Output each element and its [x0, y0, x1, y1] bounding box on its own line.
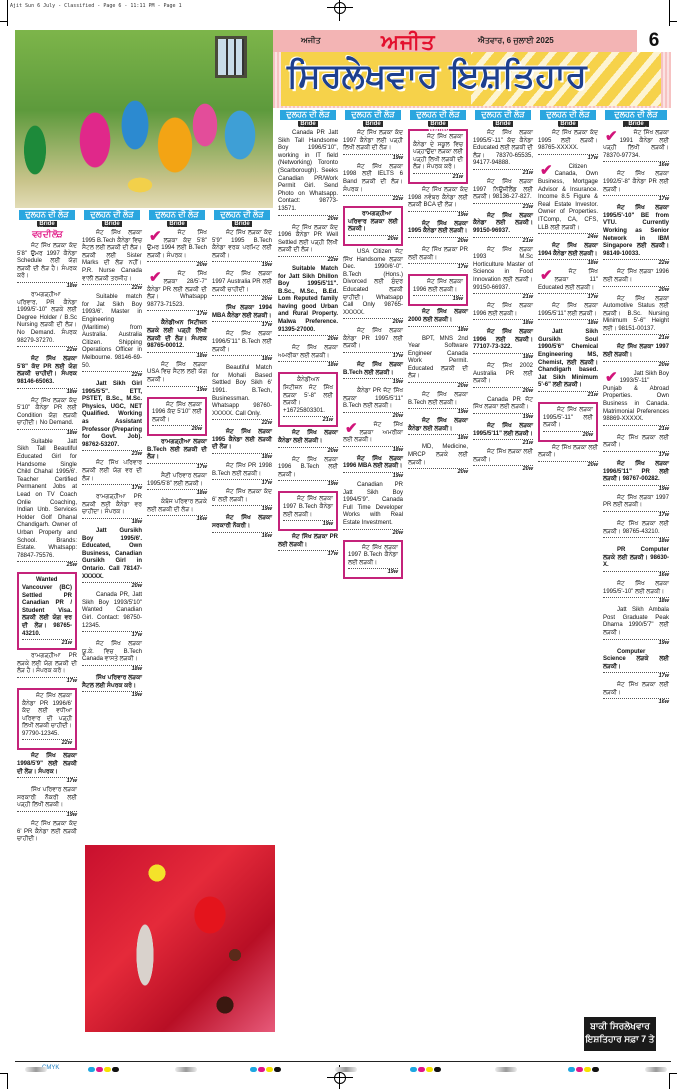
classified-ad: ਜੱਟ ਸਿੱਖ ਲੜਕਾ B.Tech ਲਈ ਲੜਕੀ।19w [343, 361, 403, 387]
classified-ad: ਜੱਟ ਸਿੱਖ ਲੜਕਾ ਅਮਰੀਕਾ ਲਈ ਲੜਕੀ।18w [278, 344, 338, 370]
classified-ad: ਸਿੱਖ ਪਰਿਵਾਰ ਲੜਕਾ ਸਰਕਾਰੀ ਨੌਕਰੀ ਲਈ ਪੜ੍ਹੀ ਲ… [17, 786, 77, 820]
classified-ad: ਜੱਟ ਸਿੱਖ ਲੜਕਾ 1996 ਲਈ ਲੜਕੀ।19w [408, 274, 468, 306]
classified-ad: ਜੱਟ ਸਿੱਖ ਲੜਕਾ 5'8" ਕੱਦ PR ਲਈ ਯੋਗ ਲੜਕੀ ਚਾ… [17, 355, 77, 396]
ad-text: ਜੱਟ ਸਿੱਖ ਲੜਕਾ ਕੈਨੇਡਾ ਲਈ ਲੜਕੀ। [278, 430, 338, 444]
ad-word-count: 17w [603, 672, 669, 680]
classified-ad: ਜੱਟ ਸਿੱਖ ਲੜਕਾ USA ਵਿਚ ਸੈਟਲ ਲਈ ਯੋਗ ਲੜਕੀ।1… [147, 361, 207, 395]
masthead-small-label: ਅਜੀਤ [301, 36, 321, 46]
classified-ad: ਜੱਟ ਸਿੱਖ ਲੜਕਾ 1995 ਕੈਨੇਡਾ ਲਈ ਲੜਕੀ ਦੀ ਲੋੜ… [212, 428, 272, 462]
ad-word-count: 17w [17, 777, 77, 785]
ad-text: ਜੱਟ ਸਿੱਖ ਲੜਕਾ ਕੱਦ 1995 ਲਈ ਲੜਕੀ। 98765-XX… [538, 130, 598, 151]
classified-ad: ਜੱਟ ਸਿੱਖ ਲੜਕਾ Automotive Status ਲਈ ਲੜਕੀ।… [603, 295, 669, 344]
ad-word-count: 22w [22, 739, 72, 747]
classified-ad: ਜੱਟ ਸਿੱਖ ਲੜਕਾ 1996/5'11" B.Tech ਲਈ ਲੜਕੀ।… [212, 330, 272, 364]
masthead: ਅਜੀਤ ਅਜੀਤ ਐਤਵਾਰ, 6 ਜੁਲਾਈ 2025 6 ਸਿਰਲੇਖਵਾ… [273, 30, 671, 108]
ad-list: ਜੱਟ ਸਿੱਖ ਲੜਕਾ ਕੈਨੇਡਾ ਦੇ ਸਕੂਲ ਵਿਚ ਪੜ੍ਹਾਉਂ… [406, 129, 470, 477]
ad-word-count: 16w [147, 515, 207, 523]
ad-text: ਜੱਟ ਸਿੱਖ ਲੜਕਾ 1995/5'11" ਲਈ ਲੜਕੀ। [473, 423, 533, 437]
classified-ad: ਜੱਟ ਸਿੱਖ ਲੜਕਾ ਕੈਨੇਡਾ ਲਈ ਲੜਕੀ। 99150-9693… [473, 212, 533, 246]
ad-word-count: 16w [603, 698, 669, 706]
ad-word-count: 18w [603, 597, 669, 605]
classified-ad: ਜੱਟ ਸਿੱਖ ਲੜਕਾ 1995/5'-10" BE from VTU. C… [603, 204, 669, 268]
ad-word-count: 18w [17, 388, 77, 396]
ad-text: ਜੱਟ ਸਿੱਖ ਲੜਕਾ B.Tech ਲਈ ਲੜਕੀ। [343, 362, 403, 376]
column-header-subtitle: Bride Wanted [623, 121, 649, 127]
ad-text: ਕੈਨੇਡਾ PR ਜੱਟ ਸਿੱਖ ਲੜਕਾ 1995/5'11" B.Tec… [343, 388, 403, 409]
classified-ad: Canada PR ਜੱਟ ਸਿੱਖ ਲੜਕਾ ਲਈ ਲੜਕੀ।19w [473, 396, 533, 422]
classified-ad: Jatt Sikh Gursikh Soul 1990/5'6" Chemica… [538, 328, 598, 400]
ad-word-count: 20w [147, 261, 207, 269]
ad-text: ਰਾਮਗੜ੍ਹੀਆ PR ਲੜਕੀ ਲਈ ਕੈਨੇਡਾ ਵਰ ਚਾਹੀਦਾ। ਸ… [82, 494, 142, 515]
column-header-title: ਦੁਲਹਨ ਦੀ ਲੋੜ [280, 110, 336, 120]
classified-column: ਦੁਲਹਨ ਦੀ ਲੋੜBride WantedCanada PR Jatt S… [276, 110, 340, 1032]
cmyk-swatches [410, 1067, 441, 1072]
ad-word-count: 21w [473, 293, 533, 301]
ad-word-count: 20w [348, 235, 398, 243]
ad-word-count: 17w [17, 677, 77, 685]
ad-word-count: 21w [603, 334, 669, 342]
ad-text: BPT, MNS 2nd Year Software Engineer Cana… [408, 336, 468, 380]
ad-word-count: 19w [147, 386, 207, 394]
classified-column: ਦੁਲਹਨ ਦੀ ਲੋੜBride Wantedਵਰ ਦੀ ਲੋੜਜੱਟ ਸਿੱ… [15, 210, 79, 845]
classified-ad: ✔ਜੱਟ ਸਿੱਖ ਲੜਕਾ 28/5'-7" ਕੈਨੇਡਾ PR ਲਈ ਲੜਕ… [147, 270, 207, 319]
checkmark-icon: ✔ [601, 371, 618, 385]
ad-text: ਜੱਟ ਸਿੱਖ ਲੜਕਾ 1995/5'-10" ਲਈ ਲੜਕੀ। [603, 581, 669, 595]
classified-ad: ਜੱਟ ਸਿੱਖ ਲੜਕਾ ਕੱਦ 5'10" ਕੈਨੇਡਾ PR ਲਈ Con… [17, 397, 77, 438]
ad-text: ਜੱਟ ਸਿੱਖ ਲੜਕਾ ਕੱਦ 1996 ਕੈਨੇਡਾ PR Well Se… [278, 225, 338, 254]
ad-text: ਜੱਟ ਸਿੱਖ ਲੜਕਾ ਕੈਨੇਡਾ ਦੇ ਸਕੂਲ ਵਿਚ ਪੜ੍ਹਾਉਂ… [413, 134, 463, 170]
classified-ad: Jatt Gursikh Boy 1995/6'. Educated, Own … [82, 527, 142, 591]
ad-text: ਜੱਟ ਸਿੱਖ ਲੜਕਾ 1996 ਲਈ ਲੜਕੀ। 77107-73-322… [473, 329, 533, 350]
ad-text: ਜੱਟ ਸਿੱਖ ਲੜਕਾ ਕੱਦ 6' PR ਕੈਨੇਡਾ ਲਈ ਲੜਕੀ ਚ… [17, 821, 77, 842]
cmyk-swatches [88, 1067, 119, 1072]
bridal-accessories-photo [85, 845, 275, 1032]
column-header-title: ਦੁਲਹਨ ਦੀ ਲੋੜ [19, 210, 75, 220]
classified-ad: ✔ਜੱਟ ਸਿੱਖ ਲੜਕਾ 11" Educated ਲਈ ਲੜਕੀ।17w [538, 268, 598, 302]
ad-word-count: 22w [82, 284, 142, 292]
ad-word-count: 22w [603, 259, 669, 267]
ad-word-count: 20w [82, 582, 142, 590]
ad-word-count: 16w [603, 161, 669, 169]
ad-text: ਜੱਟ ਸਿੱਖ ਲੜਕਾ 1997 B.Tech ਕੈਨੇਡਾ ਲਈ ਲੜਕੀ… [283, 496, 333, 517]
classified-ad: ਜੱਟ ਸਿੱਖ ਲੜਕਾ ਕੈਨੇਡਾ PR 1996/6' ਕੱਦ ਲਈ ਵ… [17, 688, 77, 751]
ad-list: ਜੱਟ ਸਿੱਖ ਲੜਕਾ 1995 B.Tech ਕੈਨੇਡਾ ਵਿਚ ਸੈਟ… [80, 229, 144, 700]
ad-word-count: 20w [408, 468, 468, 476]
print-slug: Ajit Sun 6 July - Classified - Page 6 - … [10, 3, 182, 9]
ad-text: ਜੱਟ ਸਿੱਖ ਲੜਕਾ 1996 ਲਈ ਲੜਕੀ। [603, 269, 669, 283]
classified-ad: ਜੱਟ ਸਿੱਖ ਲੜਕਾ 1996 ਲਈ ਲੜਕੀ।18w [473, 302, 533, 328]
ad-text: ਰਾਮਗੜ੍ਹੀਆ ਲੜਕਾ B.Tech ਲਈ ਲੜਕੀ ਦੀ ਲੋੜ। [147, 439, 207, 460]
ad-text: ਜੱਟ ਸਿੱਖ ਲੜਕਾ 2000 ਲਈ ਲੜਕੀ। [408, 309, 468, 323]
ad-word-count: 17w [538, 293, 598, 301]
ad-word-count: 19w [413, 295, 463, 303]
ad-word-count: 20w [152, 425, 202, 433]
classified-ad: ਜੱਟ ਸਿੱਖ 2002 Australia PR ਲਈ ਲੜਕੀ।20w [473, 362, 533, 396]
ad-word-count: 20w [343, 412, 403, 420]
classified-ad: ✔Citizen Canada, Own Business, Mortgage … [538, 163, 598, 242]
ad-word-count: 19w [212, 505, 272, 513]
ad-text: ਜੱਟ ਸਿੱਖ PR 1998 B.Tech ਲਈ ਲੜਕੀ। [212, 463, 272, 477]
ad-text: ਜੱਟ ਸਿੱਖ ਲੜਕਾ 1995 ਕੈਨੇਡਾ ਲਈ ਲੜਕੀ। [408, 221, 468, 235]
ad-text: ਜੱਟ ਸਿੱਖ ਲੜਕਾ ਲਈ ਲੜਕੀ। [538, 445, 598, 459]
ad-text: Jatt Gursikh Boy 1995/6'. Educated, Own … [82, 528, 142, 580]
ad-word-count: 19w [603, 485, 669, 493]
ad-text: ਜੱਟ ਸਿੱਖ ਲੜਕਾ 1997 Australia PR ਲਈ ਲੜਕੀ … [212, 271, 272, 292]
ad-text: ਜੱਟ ਸਿੱਖ ਲੜਕਾ 1995/5'11" ਲਈ ਲੜਕੀ। [538, 303, 598, 317]
classified-ad: Jatt Sikh Girl 1995/5'5". ETT, PSTET, B.… [82, 380, 142, 459]
checkmark-icon: ✔ [536, 269, 553, 283]
classified-ad: Suitable Jatt Sikh Tall Beautiful Educat… [17, 438, 77, 571]
cmyk-swatches [250, 1067, 281, 1072]
classified-ad: ਜੱਟ ਸਿੱਖ ਲੜਕਾ 1997 PR ਲਈ ਲੜਕੀ।17w [603, 494, 669, 520]
column-header-title: ਦੁਲਹਨ ਦੀ ਲੋੜ [345, 110, 401, 120]
registration-mark-top [327, 0, 353, 21]
classified-ad: ਜੱਟ ਸਿੱਖ ਲੜਕਾ ਯੂ.ਕੇ. ਵਿਚ B.Tech Canada ਵ… [82, 640, 142, 674]
section-title: ਸਿਰਲੇਖਵਾਰ ਇਸ਼ਤਿਹਾਰ [287, 56, 587, 96]
classified-column: ਦੁਲਹਨ ਦੀ ਲੋੜBride Wantedਜੱਟ ਸਿੱਖ ਲੜਕਾ ਕੈ… [406, 110, 470, 1032]
classified-ad: ਰਾਮਗੜ੍ਹੀਆ ਲੜਕਾ B.Tech ਲਈ ਲੜਕੀ ਦੀ ਲੋੜ।17w [147, 438, 207, 472]
crop-mark [669, 21, 677, 22]
ad-text: ਜੱਟ ਸਿੱਖ ਲੜਕਾ 1995/5'-10" BE from VTU. C… [603, 205, 669, 257]
ad-text: ਰਾਮਗੜ੍ਹੀਆ ਪਰਿਵਾਰ, PR ਕੈਨੇਡਾ 1999/5'-10" … [17, 292, 77, 344]
ad-text: ਜੱਟ ਸਿੱਖ ਲੜਕਾ ਕੱਦ 1998 ਨਵੰਬਰ ਕੈਨੇਡਾ ਲਈ ਲ… [408, 187, 468, 208]
ad-text: ਸਿੱਖ ਪਰਿਵਾਰ ਲੜਕਾ ਸੈਟਲ ਲਈ ਸੰਪਰਕ ਕਰੋ। [82, 675, 142, 689]
ad-word-count: 25w [17, 561, 77, 569]
page-number: 6 [637, 30, 671, 52]
classified-column: ਦੁਲਹਨ ਦੀ ਲੋੜBride Wanted✔ਜੱਟ ਸਿੱਖ ਲੜਕਾ ਕ… [145, 210, 209, 845]
ad-word-count: 20w [212, 295, 272, 303]
ad-word-count: 18w [17, 282, 77, 290]
ad-word-count: 17w [343, 352, 403, 360]
classified-ad: ਜੱਟ ਸਿੱਖ ਲੜਕਾ 1995/5'11" ਲਈ ਲੜਕੀ।21w [473, 422, 533, 448]
ad-word-count: 19w [212, 261, 272, 269]
classified-ad: ✔ਜੱਟ ਸਿੱਖ ਲੜਕਾ ਅਮਰੀਕਾ ਲਈ ਲੜਕੀ।18w [343, 421, 403, 455]
ad-word-count: 19w [473, 413, 533, 421]
classified-ad: ਜੱਟ ਸਿੱਖ ਲੜਕਾ ਕੱਦ 5'8" ਉਮਰ 1997 ਕੈਨੇਡਾ S… [17, 242, 77, 291]
column-header-subtitle: Bride Wanted [298, 121, 318, 127]
ad-text: USA Citizen ਜੱਟ ਸਿੱਖ Handsome ਲੜਕਾ Dec. … [343, 249, 403, 316]
classified-column: ਦੁਲਹਨ ਦੀ ਲੋੜBride Wanted✔ਜੱਟ ਸਿੱਖ ਲੜਕਾ 1… [601, 110, 671, 1032]
ad-word-count: 19w [343, 154, 403, 162]
classified-ad: ਰਾਮਗੜ੍ਹੀਆ ਪਰਿਵਾਰ, PR ਕੈਨੇਡਾ 1999/5'-10" … [17, 291, 77, 355]
ad-word-count: 18w [408, 326, 468, 334]
classified-column: ਦੁਲਹਨ ਦੀ ਲੋੜBride Wantedਜੱਟ ਸਿੱਖ ਲੜਕਾ ਕੱ… [536, 110, 600, 1032]
ad-text: ਜੱਟ ਸਿੱਖ ਲੜਕਾ PR ਲਈ ਲੜਕੀ। [408, 247, 468, 261]
ad-word-count: 18w [17, 429, 77, 437]
classified-column: ਦੁਲਹਨ ਦੀ ਲੋੜBride Wantedਜੱਟ ਸਿੱਖ ਲੜਕਾ 19… [471, 110, 535, 1032]
classified-ad: ਜੱਟ ਸਿੱਖ ਲੜਕਾ ਕੈਨੇਡਾ ਦੇ ਸਕੂਲ ਵਿਚ ਪੜ੍ਹਾਉਂ… [408, 129, 468, 184]
ad-list: Canada PR Jatt Sikh Tall Handsome Boy 19… [276, 129, 340, 559]
ad-word-count: 21w [22, 639, 72, 647]
ad-text: ਜੱਟ ਸਿੱਖ ਲੜਕਾ Automotive Status ਲਈ ਲੜਕੀ।… [603, 296, 669, 332]
ad-text: Canadian PR Jatt Sikh Boy 1994/5'9". Can… [343, 482, 403, 526]
ad-text: ਜੱਟ ਸਿੱਖ ਲੜਕਾ ਕੱਦ 6' ਲਈ ਲੜਕੀ। [212, 489, 272, 503]
classified-column: ਦੁਲਹਨ ਦੀ ਲੋੜBride Wantedਜੱਟ ਸਿੱਖ ਲੜਕਾ 19… [80, 210, 144, 845]
ad-word-count: 18w [603, 537, 669, 545]
gray-bar [645, 1067, 667, 1072]
ad-text: ਰਾਮਗੜ੍ਹੀਆ ਪਰਿਵਾਰ ਲੜਕਾ ਲਈ ਲੜਕੀ। [348, 211, 398, 232]
classified-ad: ਕੈਨੇਡੀਅਨ ਸਿਟੀਜ਼ਨ ਜੱਟ ਸਿੱਖ ਲੜਕਾ 5'-8" ਲਈ … [278, 372, 338, 427]
column-header-title: ਦੁਲਹਨ ਦੀ ਲੋੜ [214, 210, 270, 220]
classified-ad: ਜੱਟ ਸਿੱਖ ਲੜਕਾ 1997 B.Tech ਕੈਨੇਡਾ ਲਈ ਲੜਕੀ… [343, 540, 403, 580]
ad-word-count: 18w [212, 355, 272, 363]
ad-text: ਜੱਟ ਸਿੱਖ ਲੜਕਾ B.Tech ਲਈ ਲੜਕੀ। [408, 392, 468, 406]
classified-ad: ਜੱਟ ਸਿੱਖ ਲੜਕਾ 1996 ਲਈ ਲੜਕੀ।20w [603, 268, 669, 294]
classified-ad: PR Computer ਲੜਕੇ ਲਈ ਲੜਕੀ। 98630-X.16w [603, 546, 669, 580]
ad-text: ਜੱਟ ਸਿੱਖ ਲੜਕਾ PR ਲਈ ਲੜਕੀ। [278, 534, 338, 548]
section-title-band: ਸਿਰਲੇਖਵਾਰ ਇਸ਼ਤਿਹਾਰ [281, 52, 661, 106]
ad-word-count: 18w [82, 518, 142, 526]
ad-text: ਜੱਟ ਸਿੱਖ ਲੜਕਾ ਲਈ ਲੜਕੀ। 98765-43210. [603, 521, 669, 535]
ad-list: ਜੱਟ ਸਿੱਖ ਲੜਕਾ ਕੱਦ 1995 ਲਈ ਲੜਕੀ। 98765-XX… [536, 129, 600, 470]
ad-word-count: 19w [17, 811, 77, 819]
classified-ad: ਕੈਨੇਡਾ PR ਜੱਟ ਸਿੱਖ ਲੜਕਾ 1995/5'11" B.Tec… [343, 387, 403, 421]
ad-word-count: 20w [543, 431, 593, 439]
ad-word-count: 19w [343, 472, 403, 480]
ad-text: ਜੱਟ ਸਿੱਖ ਲੜਕਾ 1996/5'11" B.Tech ਲਈ ਲੜਕੀ। [212, 331, 272, 352]
ad-word-count: 21w [473, 439, 533, 447]
ad-text: ਜੱਟ ਸਿੱਖ ਲੜਕਾ 1995/5'-11" ਲਈ ਲੜਕੀ। [543, 407, 593, 428]
column-header-subtitle: Bride Wanted [37, 221, 57, 227]
ad-word-count: 19w [283, 520, 333, 528]
ad-text: ਜੱਟ ਸਿੱਖ ਲੜਕਾ ਕੈਨੇਡਾ PR 1996/6' ਕੱਦ ਲਈ ਵ… [22, 693, 72, 737]
classified-ad: ਜੱਟ ਸਿੱਖ ਲੜਕਾ 1996 ਲਈ ਲੜਕੀ। 77107-73-322… [473, 328, 533, 362]
classified-ad: ਕੰਬੋਜ ਪਰਿਵਾਰ ਲੜਕੇ ਲਈ ਲੜਕੀ ਦੀ ਲੋੜ।16w [147, 498, 207, 524]
gray-bar [25, 1067, 47, 1072]
ad-text: ਜੱਟ ਸਿੱਖ ਲੜਕਾ USA ਵਿਚ ਸੈਟਲ ਲਈ ਯੋਗ ਲੜਕੀ। [147, 362, 207, 383]
ad-word-count: 17w [82, 631, 142, 639]
ad-word-count: 20w [278, 335, 338, 343]
ad-text: ਜੱਟ ਸਿੱਖ ਲੜਕਾ 1997 PR ਲਈ ਲੜਕੀ। [603, 495, 669, 509]
ad-text: ਸਿੱਖ ਲੜਕਾ 1994 MBA ਕੈਨੇਡਾ ਲਈ ਲੜਕੀ। [212, 305, 272, 319]
ad-word-count: 21w [473, 237, 533, 245]
classified-ad: Jatt Sikh Ambala Post Graduate Peak Dhar… [603, 606, 669, 647]
classified-ad: ਜੱਟ ਸਿੱਖ ਲੜਕਾ 1995/5'-11" ਕੱਦ ਕੈਨੇਡਾ Edu… [473, 129, 533, 178]
ad-text: ਕੰਬੋਜ ਪਰਿਵਾਰ ਲੜਕੇ ਲਈ ਲੜਕੀ ਦੀ ਲੋੜ। [147, 499, 207, 513]
ad-word-count: 19w [82, 691, 142, 699]
crop-mark [669, 1073, 670, 1089]
ad-text: ਜੱਟ ਸਿੱਖ ਲੜਕਾ 1995 B.Tech ਕੈਨੇਡਾ ਵਿਚ ਸੈਟ… [82, 230, 142, 282]
issue-date: ਐਤਵਾਰ, 6 ਜੁਲਾਈ 2025 [478, 36, 554, 46]
column-header-title: ਦੁਲਹਨ ਦੀ ਲੋੜ [84, 210, 140, 220]
ad-text: ਜੱਟ ਸਿੱਖ ਲੜਕਾ ਕੱਦ 5'8" ਉਮਰ 1997 ਕੈਨੇਡਾ S… [17, 243, 77, 279]
ad-text: ਜੱਟ ਸਿੱਖ ਲੜਕਾ ਕੱਦ 1997 ਕੈਨੇਡਾ ਲਈ ਪੜ੍ਹੀ ਲ… [343, 130, 403, 151]
hero-illustration-women-gathering [15, 30, 273, 208]
ad-word-count: 22w [17, 346, 77, 354]
classified-ad: ✔ਜੱਟ ਸਿੱਖ ਲੜਕਾ ਕੱਦ 5'8" ਉਮਰ 1994 ਲਈ B.Te… [147, 229, 207, 270]
ad-text: ਜੱਟ ਸਿੱਖ ਲੜਕਾ ਅਮਰੀਕਾ ਲਈ ਲੜਕੀ। [278, 345, 338, 359]
ad-text: ਜੱਟ ਸਿੱਖ ਲੜਕਾ 1993 M.Sc Horticulture Mas… [473, 247, 533, 291]
ad-text: Suitable Jatt Sikh Tall Beautiful Educat… [17, 439, 77, 559]
classified-ad: ਜੱਟ ਸਿੱਖ ਲੜਕਾ 2000 ਲਈ ਲੜਕੀ।18w [408, 308, 468, 334]
classified-ad: ਜੱਟ ਸਿੱਖ ਲੜਕਾ ਕੱਦ 1996 ਕੈਨੇਡਾ PR Well Se… [278, 224, 338, 265]
crop-mark [0, 21, 8, 22]
crop-mark [7, 0, 8, 26]
ad-text: ਜੱਟ ਸਿੱਖ ਲੜਕਾ 1996 ਲਈ ਲੜਕੀ। [413, 279, 463, 293]
classified-column: ਦੁਲਹਨ ਦੀ ਲੋੜBride Wantedਜੱਟ ਸਿੱਖ ਲੜਕਾ ਕੱ… [341, 110, 405, 1032]
section-marker-ornament: ਵਰ ਦੀ ਲੋੜ [17, 229, 77, 240]
ad-word-count: 21w [603, 425, 669, 433]
classified-ad: ਜੱਟ ਸਿੱਖ ਲੜਕਾ ਲਈ ਲੜਕੀ।16w [603, 681, 669, 707]
classified-column: ਦੁਲਹਨ ਦੀ ਲੋੜBride Wantedਜੱਟ ਸਿੱਖ ਲੜਕਾ ਕੱ… [210, 210, 274, 845]
ad-text: Computer Science ਲੜਕੇ ਲਈ ਲੜਕੀ। [603, 649, 669, 670]
ad-text: Canada PR ਜੱਟ ਸਿੱਖ ਲੜਕਾ ਲਈ ਲੜਕੀ। [473, 397, 533, 411]
ad-text: ਸੈਣੀ ਪਰਿਵਾਰ ਲੜਕਾ 1995/5'8" ਲਈ ਲੜਕੀ। [147, 473, 207, 487]
ad-word-count: 20w [473, 387, 533, 395]
ad-text: ਸਿੱਖ ਪਰਿਵਾਰ ਲੜਕਾ ਸਰਕਾਰੀ ਨੌਕਰੀ ਲਈ ਪੜ੍ਹੀ ਲ… [17, 787, 77, 808]
ad-word-count: 18w [343, 446, 403, 454]
ad-text: Suitable Match for Jatt Sikh Dhillon Boy… [278, 266, 338, 333]
ad-word-count: 24w [538, 233, 598, 241]
classified-ad: ਜੱਟ ਸਿੱਖ ਲੜਕਾ 1996 B.Tech ਲਈ ਲੜਕੀ।19w [278, 456, 338, 490]
ad-text: Jatt Sikh Girl 1995/5'5". ETT, PSTET, B.… [82, 381, 142, 448]
ad-list: ਜੱਟ ਸਿੱਖ ਲੜਕਾ 1995/5'-11" ਕੱਦ ਕੈਨੇਡਾ Edu… [471, 129, 535, 474]
ad-text: ਜੱਟ ਸਿੱਖ ਲੜਕਾ 5'8" ਕੱਦ PR ਲਈ ਯੋਗ ਲੜਕੀ ਚਾ… [17, 356, 77, 385]
classified-ad: ਜੱਟ ਸਿੱਖ ਪਰਿਵਾਰ ਲੜਕੀ ਲਈ ਯੋਗ ਵਰ ਦੀ ਲੋੜ।17… [82, 459, 142, 493]
crop-mark [669, 0, 670, 26]
ad-word-count: 18w [147, 489, 207, 497]
classified-ad: ਜੱਟ ਸਿੱਖ ਲੜਕਾ ਲਈ ਲੜਕੀ।20w [473, 448, 533, 474]
ad-word-count: 20w [278, 447, 338, 455]
ad-text: PR Computer ਲੜਕੇ ਲਈ ਲੜਕੀ। 98630-X. [603, 547, 669, 568]
classified-ad: ਜੱਟ ਸਿੱਖ ਲੜਕਾ B.Tech ਲਈ ਲੜਕੀ।19w [408, 391, 468, 417]
ad-text: ਕੈਨੇਡੀਅਨ ਸਿਟੀਜ਼ਨ ਲੜਕੇ ਲਈ ਪੜ੍ਹੀ ਲਿਖੀ ਲੜਕੀ… [147, 320, 207, 349]
checkmark-icon: ✔ [536, 164, 553, 178]
classified-ad: BPT, MNS 2nd Year Software Engineer Cana… [408, 335, 468, 392]
ad-text: ਜੱਟ ਸਿੱਖ ਲੜਕਾ ਸਰਕਾਰੀ ਨੌਕਰੀ। [212, 515, 272, 529]
classified-ad: ਰਾਮਗੜ੍ਹੀਆ PR ਲੜਕੀ ਲਈ ਕੈਨੇਡਾ ਵਰ ਚਾਹੀਦਾ। ਸ… [82, 493, 142, 527]
ad-text: Jatt Sikh Gursikh Soul 1990/5'6" Chemica… [538, 329, 598, 388]
checkmark-icon: ✔ [145, 271, 162, 285]
ad-list: ਜੱਟ ਸਿੱਖ ਲੜਕਾ ਕੱਦ 5'9" 1995 B.Tech ਕੈਨੇਡ… [210, 229, 274, 541]
ad-word-count: 18w [147, 352, 207, 360]
classified-ad: ਜੱਟ ਸਿੱਖ ਲੜਕਾ 1997 B.Tech ਕੈਨੇਡਾ ਲਈ ਲੜਕੀ… [278, 491, 338, 531]
column-header-subtitle: Bride Wanted [102, 221, 122, 227]
classified-ad: ਜੱਟ ਸਿੱਖ ਲੜਕਾ ਕੱਦ 1998 ਨਵੰਬਰ ਕੈਨੇਡਾ ਲਈ ਲ… [408, 186, 468, 220]
ad-word-count: 20w [473, 465, 533, 473]
classified-ad: Canada PR Jatt Sikh Tall Handsome Boy 19… [278, 129, 338, 224]
ad-word-count: 23w [82, 450, 142, 458]
classified-ad: ਜੱਟ ਸਿੱਖ ਲੜਕਾ ਕੈਨੇਡਾ ਲਈ ਲੜਕੀ।20w [278, 429, 338, 455]
ad-list: ✔ਜੱਟ ਸਿੱਖ ਲੜਕਾ ਕੱਦ 5'8" ਉਮਰ 1994 ਲਈ B.Te… [145, 229, 209, 524]
classified-ad: ਜੱਟ ਸਿੱਖ ਲੜਕਾ ਲਈ ਲੜਕੀ।20w [538, 444, 598, 470]
continued-on-page-7-notice: ਬਾਕੀ ਸਿਰਲੇਖਵਾਰ ਇਸ਼ਤਿਹਾਰ ਸਫ਼ਾ 7 ਤੇ [584, 1017, 656, 1051]
classified-ad: ਸਿੱਖ ਪਰਿਵਾਰ ਲੜਕਾ ਸੈਟਲ ਲਈ ਸੰਪਰਕ ਕਰੋ।19w [82, 674, 142, 700]
ad-text: ਜੱਟ ਸਿੱਖ ਲੜਕਾ ਲਈ ਲੜਕੀ। [603, 435, 669, 449]
classified-ad: ਰਾਮਗੜ੍ਹੀਆ PR ਲੜਕੇ ਲਈ ਯੋਗ ਲੜਕੀ ਦੀ ਲੋੜ ਹੈ।… [17, 652, 77, 686]
ad-text: ਜੱਟ ਸਿੱਖ ਲੜਕਾ 1995 ਕੈਨੇਡਾ ਲਈ ਲੜਕੀ ਦੀ ਲੋੜ… [212, 429, 272, 450]
ad-word-count: 21w [473, 169, 533, 177]
ad-word-count: 18w [473, 353, 533, 361]
ad-word-count: 19w [408, 211, 468, 219]
classified-ad: Wanted Vancouver (BC) Settled PR Canadia… [17, 572, 77, 650]
ad-text: ਜੱਟ ਸਿੱਖ ਲੜਕਾ 1997 B.Tech ਕੈਨੇਡਾ ਲਈ ਲੜਕੀ… [348, 545, 398, 566]
classified-ad: ਜੱਟ ਸਿੱਖ PR 1998 B.Tech ਲਈ ਲੜਕੀ।17w [212, 462, 272, 488]
classified-ad: ਜੱਟ ਸਿੱਖ ਲੜਕਾ ਸਰਕਾਰੀ ਨੌਕਰੀ।16w [212, 514, 272, 540]
column-header-subtitle: Bride Wanted [167, 221, 187, 227]
ad-word-count: 23w [473, 203, 533, 211]
ad-word-count: 18w [538, 259, 598, 267]
classified-ad: ✔Jatt Sikh Boy 1993/5'-11" Punjab & Abro… [603, 370, 669, 434]
ad-text: ਜੱਟ ਸਿੱਖ ਲੜਕਾ 1996 ਕੱਦ 5'10" ਲਈ ਲੜਕੀ। [152, 402, 202, 423]
classified-ad: ਜੱਟ ਸਿੱਖ ਲੜਕਾ 1996 MBA ਲਈ ਲੜਕੀ।19w [343, 455, 403, 481]
ad-word-count: 17w [147, 463, 207, 471]
classified-ad: ਜੱਟ ਸਿੱਖ ਲੜਕਾ 1995 B.Tech ਕੈਨੇਡਾ ਵਿਚ ਸੈਟ… [82, 229, 142, 293]
column-header-subtitle: Bride Wanted [232, 221, 252, 227]
ad-word-count: 20w [603, 286, 669, 294]
checkmark-icon: ✔ [601, 130, 618, 144]
ad-text: ਜੱਟ ਸਿੱਖ 2002 Australia PR ਲਈ ਲੜਕੀ। [473, 363, 533, 384]
classified-ad: Canadian PR Jatt Sikh Boy 1994/5'9". Can… [343, 481, 403, 538]
column-header-subtitle: Bride Wanted [363, 121, 383, 127]
classified-ad: ਜੱਟ ਸਿੱਖ ਲੜਕਾ ਲਈ ਲੜਕੀ। 98765-43210.18w [603, 520, 669, 546]
ad-word-count: 19w [278, 480, 338, 488]
classified-ad: Suitable match for Jat Sikh Boy 1993/6'.… [82, 293, 142, 380]
ad-list: ਵਰ ਦੀ ਲੋੜਜੱਟ ਸਿੱਖ ਲੜਕਾ ਕੱਦ 5'8" ਉਮਰ 1997… [15, 229, 79, 845]
column-header-subtitle: Bride Wanted [428, 121, 448, 127]
ad-word-count: 17w [212, 321, 272, 329]
bottom-rule [15, 1061, 671, 1062]
classified-ad: ਜੱਟ ਸਿੱਖ ਲੜਕਾ ਕੱਦ 1997 ਕੈਨੇਡਾ ਲਈ ਪੜ੍ਹੀ ਲ… [343, 129, 403, 163]
classified-ad: ਜੱਟ ਸਿੱਖ ਲੜਕਾ ਕੈਨੇਡਾ PR 1997 ਲਈ ਲੜਕੀ।17w [343, 327, 403, 361]
ad-word-count: 20w [408, 237, 468, 245]
newspaper-page: ਅਜੀਤ ਅਜੀਤ ਐਤਵਾਰ, 6 ਜੁਲਾਈ 2025 6 ਸਿਰਲੇਖਵਾ… [15, 30, 671, 1032]
ad-text: ਜੱਟ ਸਿੱਖ ਲੜਕਾ 1995/5'-11" ਕੱਦ ਕੈਨੇਡਾ Edu… [473, 130, 533, 166]
ad-word-count: 19w [348, 568, 398, 576]
ad-word-count: 20w [538, 461, 598, 469]
ad-word-count: 20w [603, 361, 669, 369]
classified-ad: ਜੱਟ ਸਿੱਖ ਲੜਕਾ 1992/5'-8" ਕੈਨੇਡਾ PR ਲਈ ਲੜ… [603, 170, 669, 204]
classified-ad: Suitable Match for Jatt Sikh Dhillon Boy… [278, 265, 338, 344]
ad-word-count: 21w [413, 173, 463, 181]
ad-word-count: 16w [212, 532, 272, 540]
column-header-title: ਦੁਲਹਨ ਦੀ ਲੋੜ [475, 110, 531, 120]
checkmark-icon: ✔ [145, 230, 162, 244]
classified-ad: ਜੱਟ ਸਿੱਖ ਲੜਕਾ ਕੱਦ 1995 ਲਈ ਲੜਕੀ। 98765-XX… [538, 129, 598, 163]
ad-text: ਜੱਟ ਸਿੱਖ ਲੜਕਾ 1998 ਲਈ IELTS 6 Band ਲੜਕੀ … [343, 164, 403, 193]
ad-word-count: 17w [603, 511, 669, 519]
ad-text: ਜੱਟ ਸਿੱਖ ਲੜਕਾ ਲਈ ਲੜਕੀ। [603, 682, 669, 696]
classified-ad: ਜੱਟ ਸਿੱਖ ਲੜਕਾ PR ਲਈ ਲੜਕੀ।17w [278, 533, 338, 559]
classified-ad: ਜੱਟ ਸਿੱਖ ਲੜਕਾ PR ਲਈ ਲੜਕੀ।17w [408, 246, 468, 272]
ad-word-count: 18w [212, 453, 272, 461]
ad-word-count: 17w [278, 550, 338, 558]
ad-word-count: 18w [473, 319, 533, 327]
ad-text: Wanted Vancouver (BC) Settled PR Canadia… [22, 577, 72, 636]
ad-word-count: 17w [603, 451, 669, 459]
classified-ad: ਜੱਟ ਸਿੱਖ ਲੜਕਾ 1995/5'11" ਲਈ ਲੜਕੀ।18w [538, 302, 598, 328]
classified-ad: ਸੈਣੀ ਪਰਿਵਾਰ ਲੜਕਾ 1995/5'8" ਲਈ ਲੜਕੀ।18w [147, 472, 207, 498]
classified-ad: MD, Medicine, MRCP ਲੜਕੇ ਲਈ ਲੜਕੀ।20w [408, 443, 468, 477]
ad-text: ਜੱਟ ਸਿੱਖ ਪਰਿਵਾਰ ਲੜਕੀ ਲਈ ਯੋਗ ਵਰ ਦੀ ਲੋੜ। [82, 460, 142, 481]
classified-ad: ਜੱਟ ਸਿੱਖ ਲੜਕਾ 1996/5'11" PR ਲਈ ਲੜਕੀ। 987… [603, 460, 669, 494]
classified-ad: ਜੱਟ ਸਿੱਖ ਲੜਕਾ ਲਈ ਲੜਕੀ।17w [603, 434, 669, 460]
ad-text: ਜੱਟ ਸਿੱਖ ਲੜਕਾ 1992/5'-8" ਕੈਨੇਡਾ PR ਲਈ ਲੜ… [603, 171, 669, 192]
ad-text: ਜੱਟ ਸਿੱਖ ਲੜਕਾ 1997 ਨਿਊਜ਼ੀਲੈਂਡ ਲਈ ਲੜਕੀ। 9… [473, 179, 533, 200]
column-header-subtitle: Bride Wanted [493, 121, 513, 127]
ad-text: ਜੱਟ ਸਿੱਖ ਲੜਕਾ ਕੈਨੇਡਾ ਲਈ ਲੜਕੀ। 99150-9693… [473, 213, 533, 234]
classified-ad: ਰਾਮਗੜ੍ਹੀਆ ਪਰਿਵਾਰ ਲੜਕਾ ਲਈ ਲੜਕੀ।20w [343, 206, 403, 246]
ad-text: ਜੱਟ ਸਿੱਖ ਲੜਕਾ ਕੱਦ 5'10" ਕੈਨੇਡਾ PR ਲਈ Con… [17, 398, 77, 427]
classified-ad: ਜੱਟ ਸਿੱਖ ਲੜਕਾ 1997 ਨਿਊਜ਼ੀਲੈਂਡ ਲਈ ਲੜਕੀ। 9… [473, 178, 533, 212]
column-header-title: ਦੁਲਹਨ ਦੀ ਲੋੜ [540, 110, 596, 120]
classified-ad: ਜੱਟ ਸਿੱਖ ਲੜਕਾ 1997 Australia PR ਲਈ ਲੜਕੀ … [212, 270, 272, 304]
ad-word-count: 21w [283, 416, 333, 424]
ad-word-count: 18w [408, 434, 468, 442]
window-illustration [215, 36, 247, 78]
ad-word-count: 22w [278, 256, 338, 264]
ad-list: ✔ਜੱਟ ਸਿੱਖ ਲੜਕਾ 1991 ਕੈਨੇਡਾ ਲਈ ਪੜ੍ਹੀ ਲਿਖੀ… [601, 129, 671, 707]
